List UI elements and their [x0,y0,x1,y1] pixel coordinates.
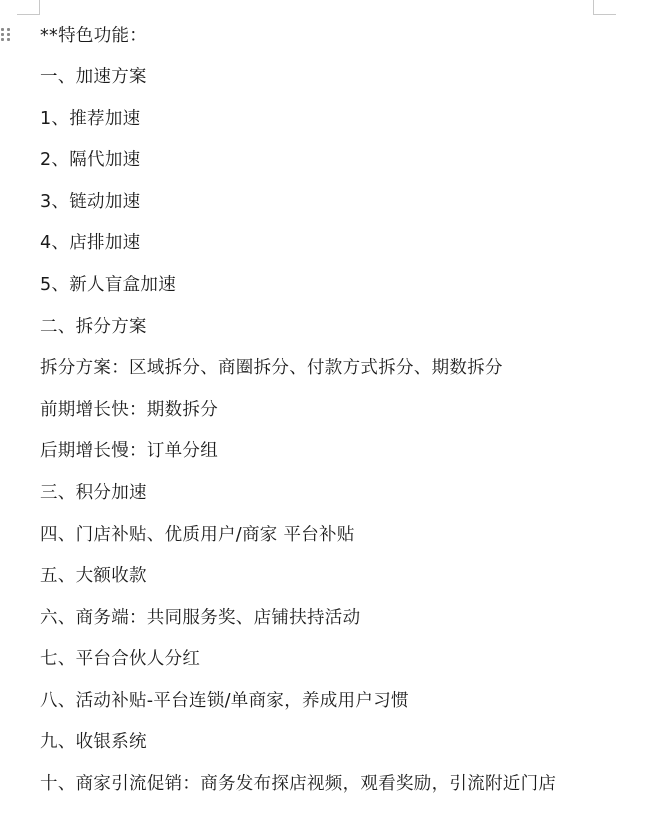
doc-paragraph: 拆分方案：区域拆分、商圈拆分、付款方式拆分、期数拆分 [40,357,503,379]
page-corner-mark-top-right [593,0,616,15]
doc-section-title: 六、商务端：共同服务奖、店铺扶持活动 [40,607,360,629]
doc-list-item: 5、新人盲盒加速 [40,274,176,296]
page-corner-mark-top-left [17,0,40,15]
doc-section-title: 五、大额收款 [40,565,147,587]
doc-section-title: 九、收银系统 [40,731,147,753]
doc-section-title: 七、平台合伙人分红 [40,648,200,670]
doc-list-item: 1、推荐加速 [40,108,140,130]
doc-section-title: 八、活动补贴-平台连锁/单商家，养成用户习惯 [40,690,409,712]
doc-section-title: 三、积分加速 [40,482,147,504]
doc-paragraph: 后期增长慢：订单分组 [40,440,218,462]
doc-list-item: 3、链动加速 [40,191,140,213]
doc-section-title: 一、加速方案 [40,66,147,88]
doc-list-item: 2、隔代加速 [40,149,140,171]
doc-list-item: 4、店排加速 [40,232,140,254]
doc-paragraph: 前期增长快：期数拆分 [40,399,218,421]
doc-section-title: 十、商家引流促销：商务发布探店视频，观看奖励，引流附近门店 [40,773,556,795]
paragraph-drag-handle-icon[interactable] [1,28,11,44]
doc-heading: **特色功能： [40,25,147,47]
doc-section-title: 二、拆分方案 [40,316,147,338]
doc-section-title: 四、门店补贴、优质用户/商家 平台补贴 [40,524,355,546]
